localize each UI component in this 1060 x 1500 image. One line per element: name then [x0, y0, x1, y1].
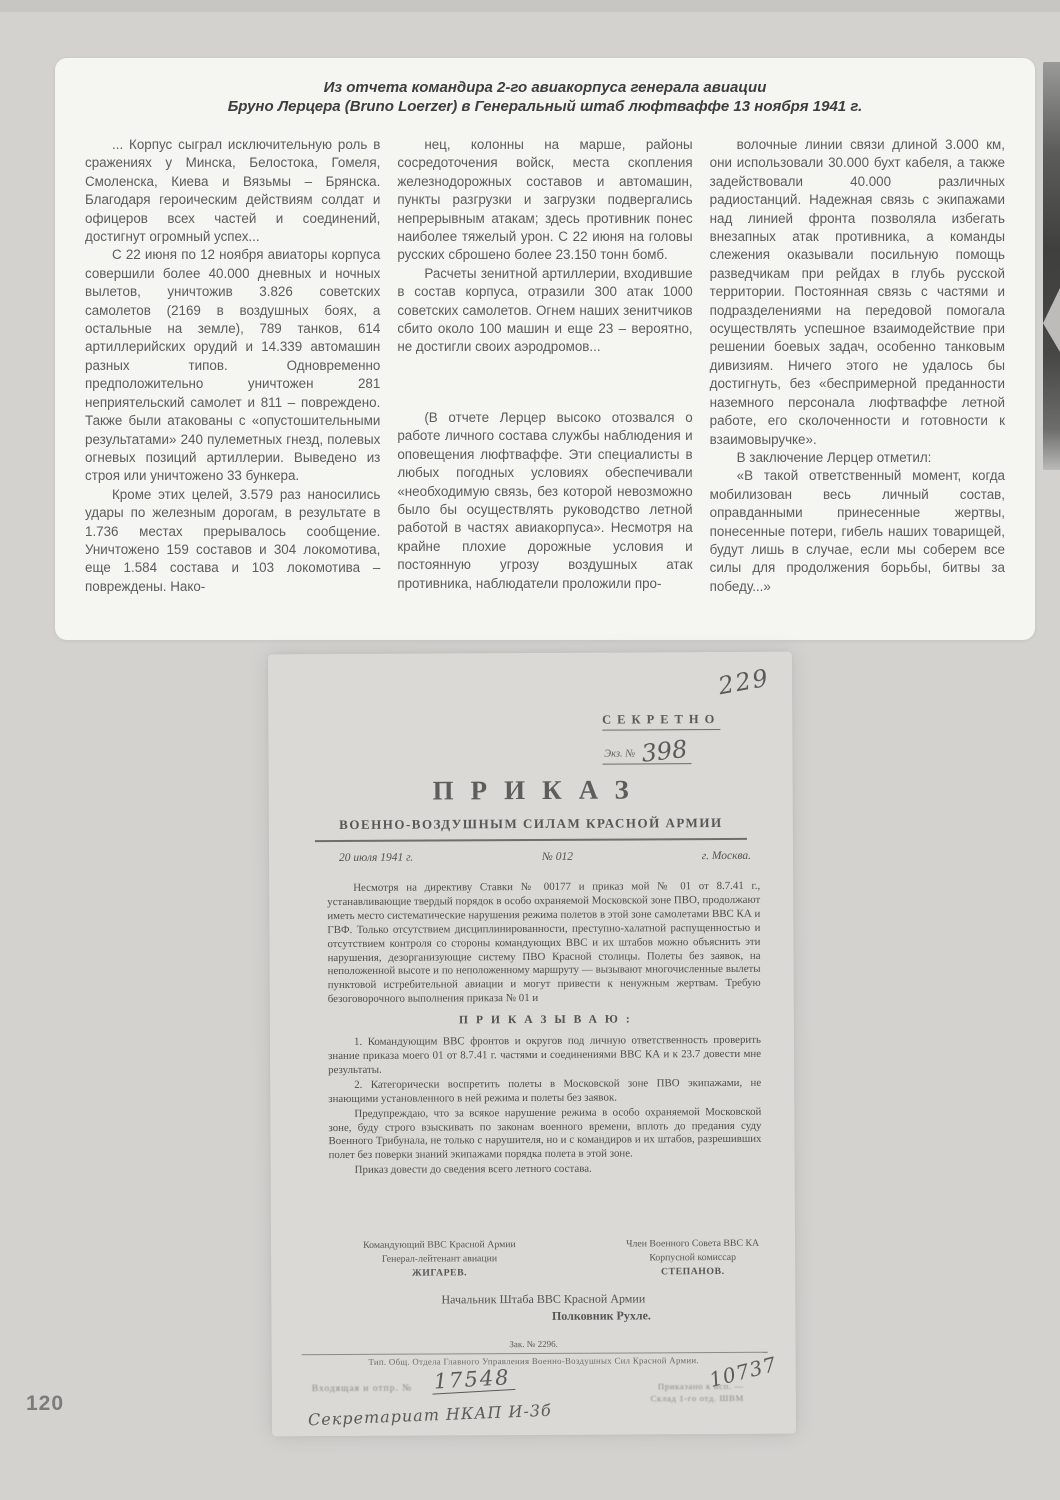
article-column-1: ... Корпус сыграл исключительную роль в … — [85, 136, 380, 596]
order-date: 20 июля 1941 г. — [339, 852, 413, 864]
scan-edge-shadow — [1043, 62, 1060, 470]
order-item-2: 2. Категорически воспретить полеты в Мос… — [328, 1077, 761, 1107]
signature-left-rank: Генерал-лейтенант авиации — [363, 1252, 516, 1267]
order-subtitle: ВОЕННО-ВОЗДУШНЫМ СИЛАМ КРАСНОЙ АРМИИ — [315, 815, 747, 842]
order-number: № 012 — [542, 851, 573, 863]
order-place: г. Москва. — [702, 850, 751, 862]
order-command-heading: ПРИКАЗЫВАЮ: — [328, 1013, 761, 1029]
handwritten-incoming-number: 17548 — [431, 1365, 515, 1395]
order-date-row: 20 июля 1941 г. № 012 г. Москва. — [339, 850, 751, 864]
signature-left-name: ЖИГАРЕВ. — [363, 1266, 516, 1281]
scan-top-shade — [0, 0, 1060, 12]
paragraph: С 22 июня по 12 ноября авиаторы корпуса … — [85, 246, 380, 485]
filing-stamp-line2: Склад 1-го отд. ШВМ — [651, 1392, 744, 1404]
paragraph: В заключение Лерцер отметил: — [710, 449, 1005, 467]
stamp-zone: Входящая и отпр. № 17548 Секретариат НКА… — [272, 1368, 796, 1435]
order-body: Несмотря на директиву Ставки № 00177 и п… — [327, 880, 762, 1179]
page-number: 120 — [26, 1392, 64, 1416]
signature-right: Член Военного Совета ВВС КА Корпусной ко… — [626, 1237, 759, 1280]
secret-stamp: СЕКРЕТНО — [602, 712, 720, 731]
print-order-number: Зак. № 2296. — [272, 1338, 796, 1351]
article-title-line1: Из отчета командира 2-го авиакорпуса ген… — [85, 78, 1005, 97]
handwritten-secretariat-note: Секретариат НКАП И-3б — [308, 1401, 552, 1430]
article-columns: ... Корпус сыграл исключительную роль в … — [85, 136, 1005, 596]
secrecy-block: СЕКРЕТНО Экз. № 398 — [602, 710, 720, 765]
order-subtitle-wrap: ВОЕННО-ВОЗДУШНЫМ СИЛАМ КРАСНОЙ АРМИИ — [269, 814, 793, 843]
paragraph: «В такой ответственный момент, когда моб… — [710, 467, 1005, 596]
order-title: ПРИКАЗ — [269, 774, 793, 808]
paragraph: (В отчете Лерцер высоко отозвался о рабо… — [397, 409, 692, 593]
signature-chief-of-staff: Начальник Штаба ВВС Красной Армии Полков… — [271, 1290, 795, 1327]
signature-left: Командующий ВВС Красной Армии Генерал-ле… — [363, 1238, 516, 1281]
paragraph: волочные линии связи длиной 3.000 км, он… — [710, 136, 1005, 449]
signature-right-name: СТЕПАНОВ. — [626, 1265, 759, 1280]
order-intro: Несмотря на директиву Ставки № 00177 и п… — [327, 880, 761, 1007]
scanned-order-document: 229 СЕКРЕТНО Экз. № 398 ПРИКАЗ ВОЕННО-ВО… — [268, 652, 796, 1437]
incoming-stamp: Входящая и отпр. № — [312, 1384, 413, 1395]
article-column-3: волочные линии связи длиной 3.000 км, он… — [710, 136, 1005, 596]
paragraph: Кроме этих целей, 3.579 раз наносились у… — [85, 486, 380, 596]
article-title: Из отчета командира 2-го авиакорпуса ген… — [85, 78, 1005, 116]
signature-right-rank: Корпусной комиссар — [626, 1251, 759, 1266]
handwritten-copy-number: 398 — [640, 735, 689, 768]
paragraph: Расчеты зенитной артиллерии, входившие в… — [397, 265, 692, 357]
paragraph: нец, колонны на марше, районы сосредоточ… — [397, 136, 692, 265]
order-warning: Предупреждаю, что за всякое нарушение ре… — [328, 1105, 761, 1163]
chief-name: Полковник Рухле. — [339, 1306, 863, 1326]
article-column-2: нец, колонны на марше, районы сосредоточ… — [397, 136, 692, 596]
handwritten-archive-number: 229 — [716, 663, 772, 700]
order-item-1: 1. Командующим ВВС фронтов и округов под… — [328, 1034, 761, 1078]
paragraph: ... Корпус сыграл исключительную роль в … — [85, 136, 380, 246]
article-panel: Из отчета командира 2-го авиакорпуса ген… — [55, 58, 1035, 640]
copy-number-line: Экз. № 398 — [602, 734, 691, 764]
signature-right-post: Член Военного Совета ВВС КА — [626, 1237, 759, 1252]
copy-number-label: Экз. № — [604, 748, 635, 759]
article-title-line2: Бруно Лерцера (Bruno Loerzer) в Генераль… — [85, 97, 1005, 116]
book-page: { "page": { "number": "120" }, "article"… — [0, 0, 1060, 1500]
signature-row: Командующий ВВС Красной Армии Генерал-ле… — [363, 1237, 759, 1281]
order-closing: Приказ довести до сведения всего летного… — [329, 1162, 762, 1178]
signature-left-post: Командующий ВВС Красной Армии — [363, 1238, 516, 1253]
